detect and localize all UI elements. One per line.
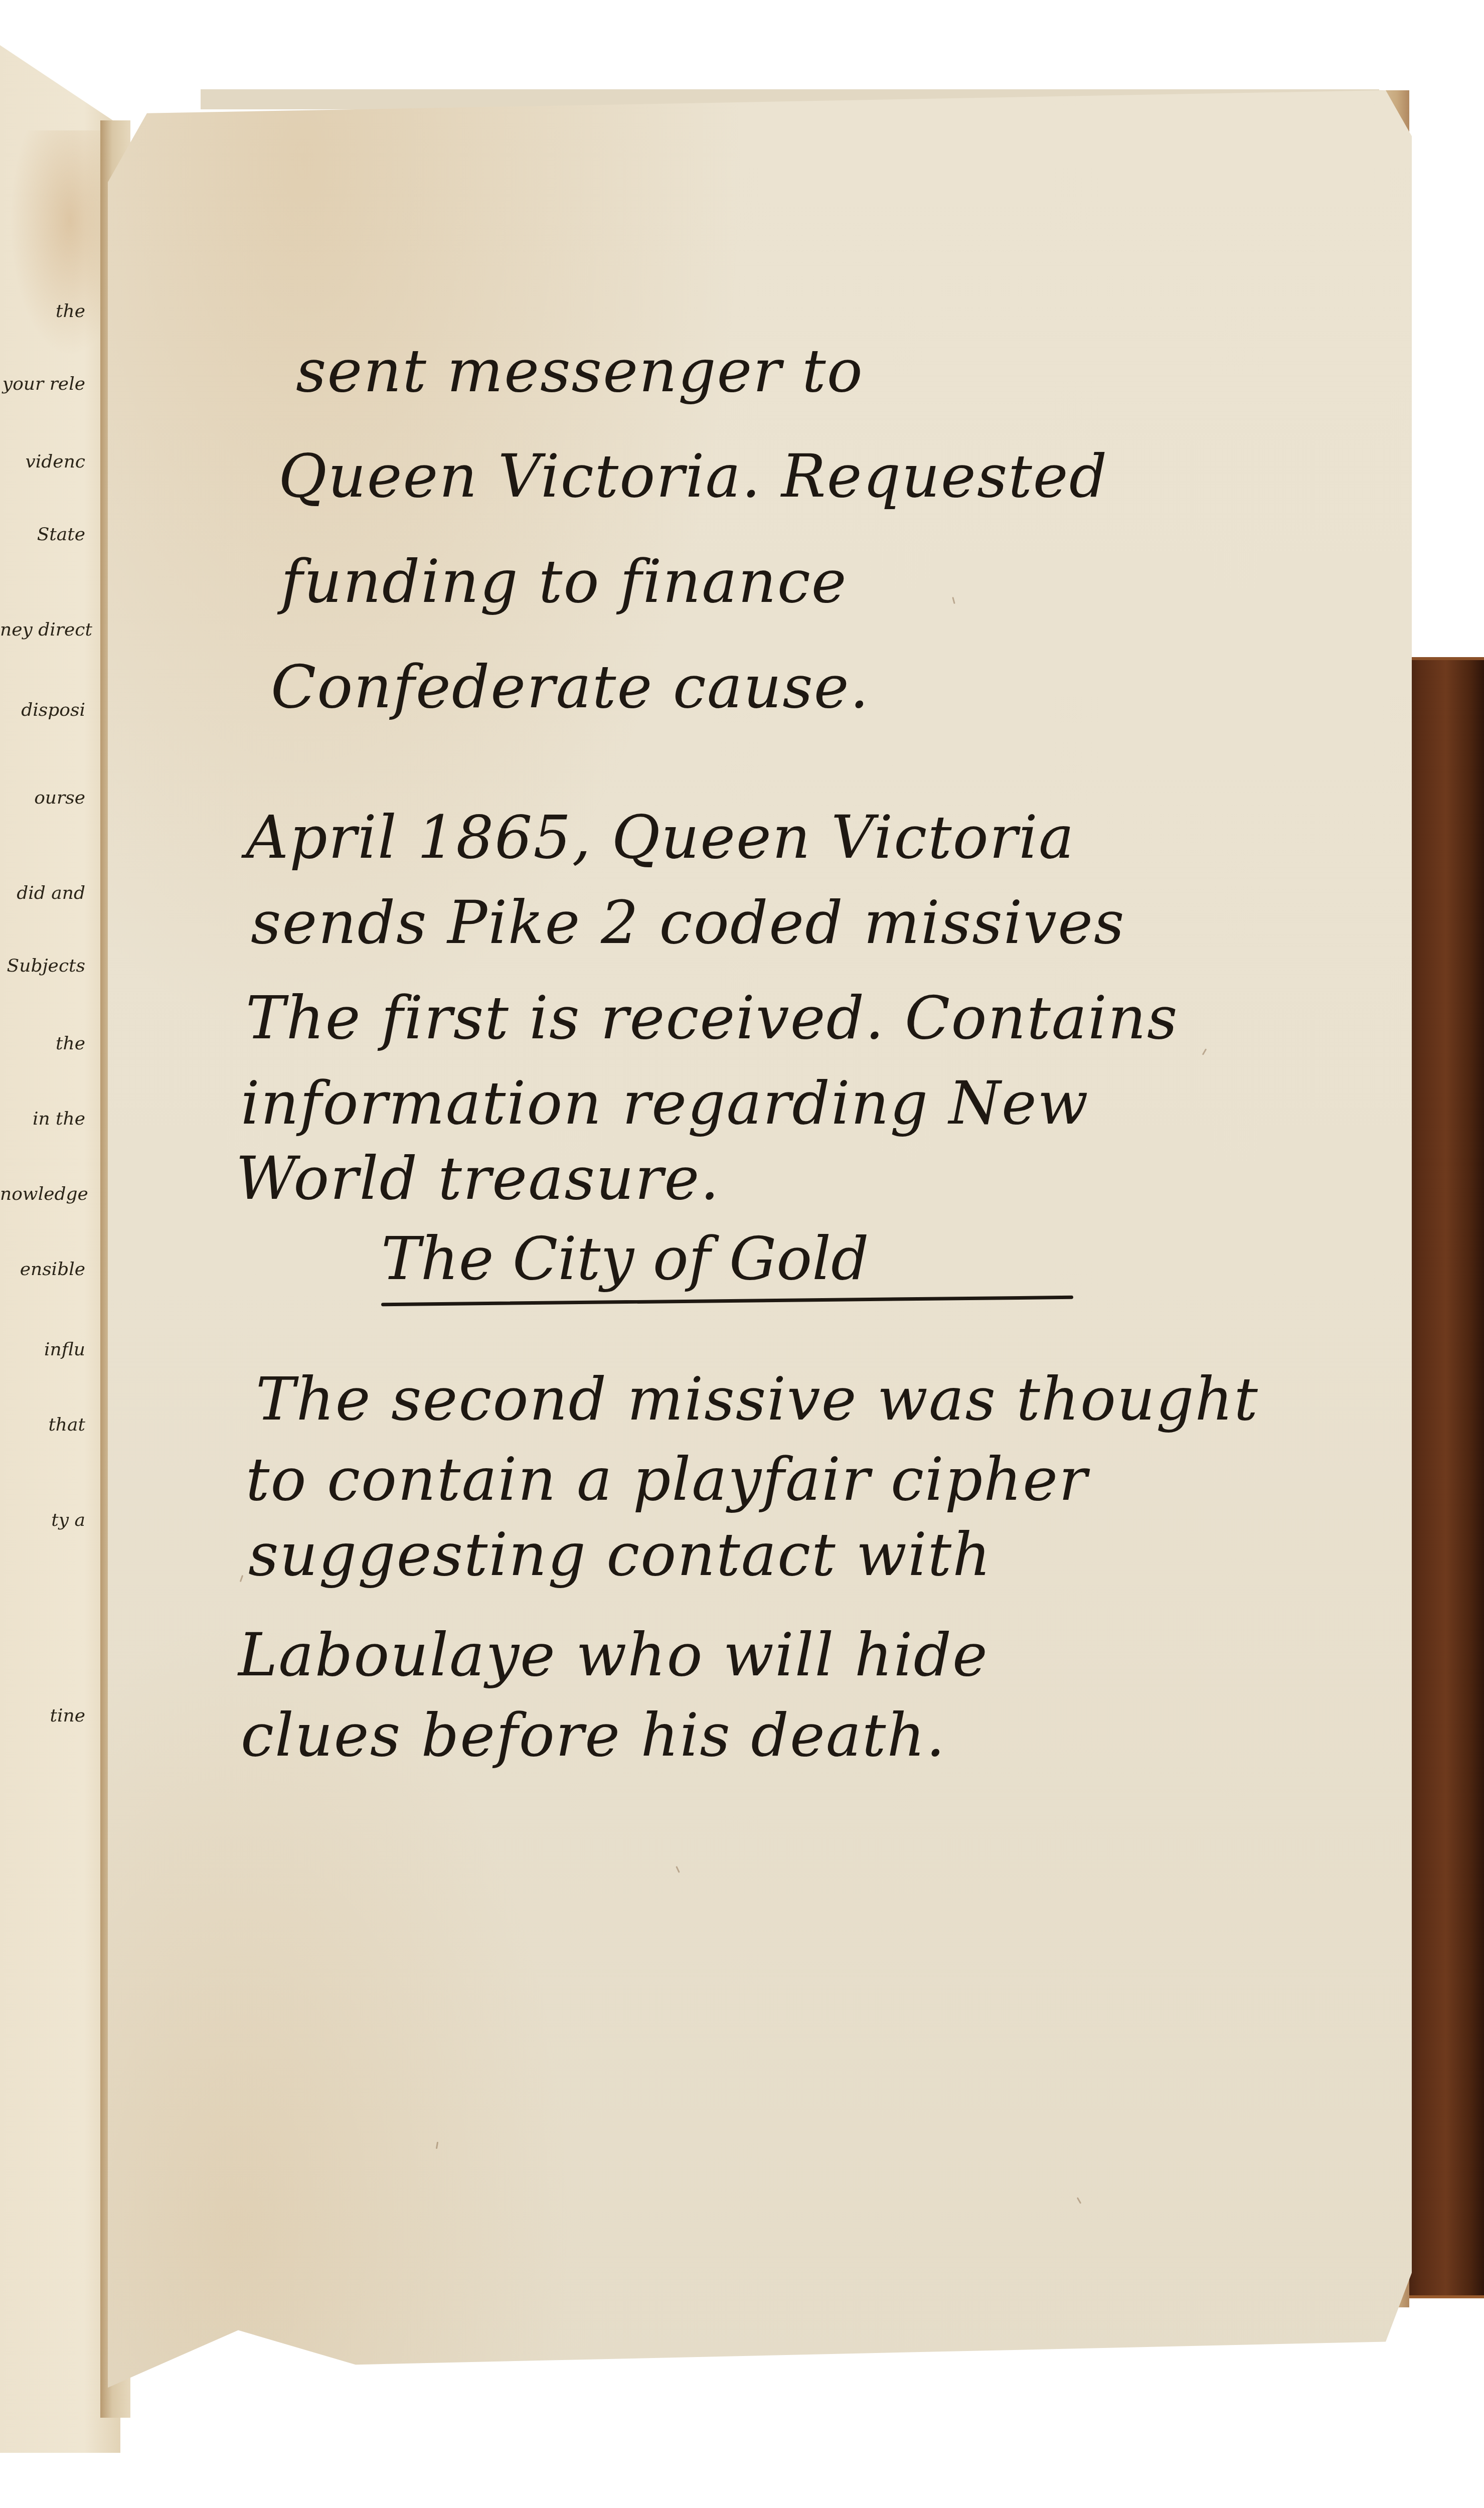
handwritten-line: Queen Victoria. Requested xyxy=(278,441,1108,511)
handwritten-line: to contain a playfair cipher xyxy=(246,1445,1088,1514)
handwritten-line: The first is received. Contains xyxy=(246,983,1178,1052)
handwritten-line: funding to finance xyxy=(281,547,848,616)
water-stain xyxy=(10,130,110,356)
handwritten-line: information regarding New xyxy=(241,1068,1089,1138)
handwritten-line: sends Pike 2 coded missives xyxy=(251,888,1125,957)
handwritten-line: The second missive was thought xyxy=(256,1364,1259,1434)
handwritten-line: suggesting contact with xyxy=(248,1520,992,1589)
handwritten-line: April 1865, Queen Victoria xyxy=(246,803,1075,872)
handwritten-line: sent messenger to xyxy=(296,336,864,405)
section-heading: The City of Gold xyxy=(381,1224,869,1293)
handwritten-line: Confederate cause. xyxy=(271,652,870,721)
journal-photo: the your rele videnc State ney direct di… xyxy=(0,0,1484,2508)
leather-cover xyxy=(1399,657,1484,2298)
handwritten-line: World treasure. xyxy=(236,1144,720,1213)
handwritten-line: clues before his death. xyxy=(241,1700,946,1770)
handwritten-line: Laboulaye who will hide xyxy=(238,1620,988,1689)
